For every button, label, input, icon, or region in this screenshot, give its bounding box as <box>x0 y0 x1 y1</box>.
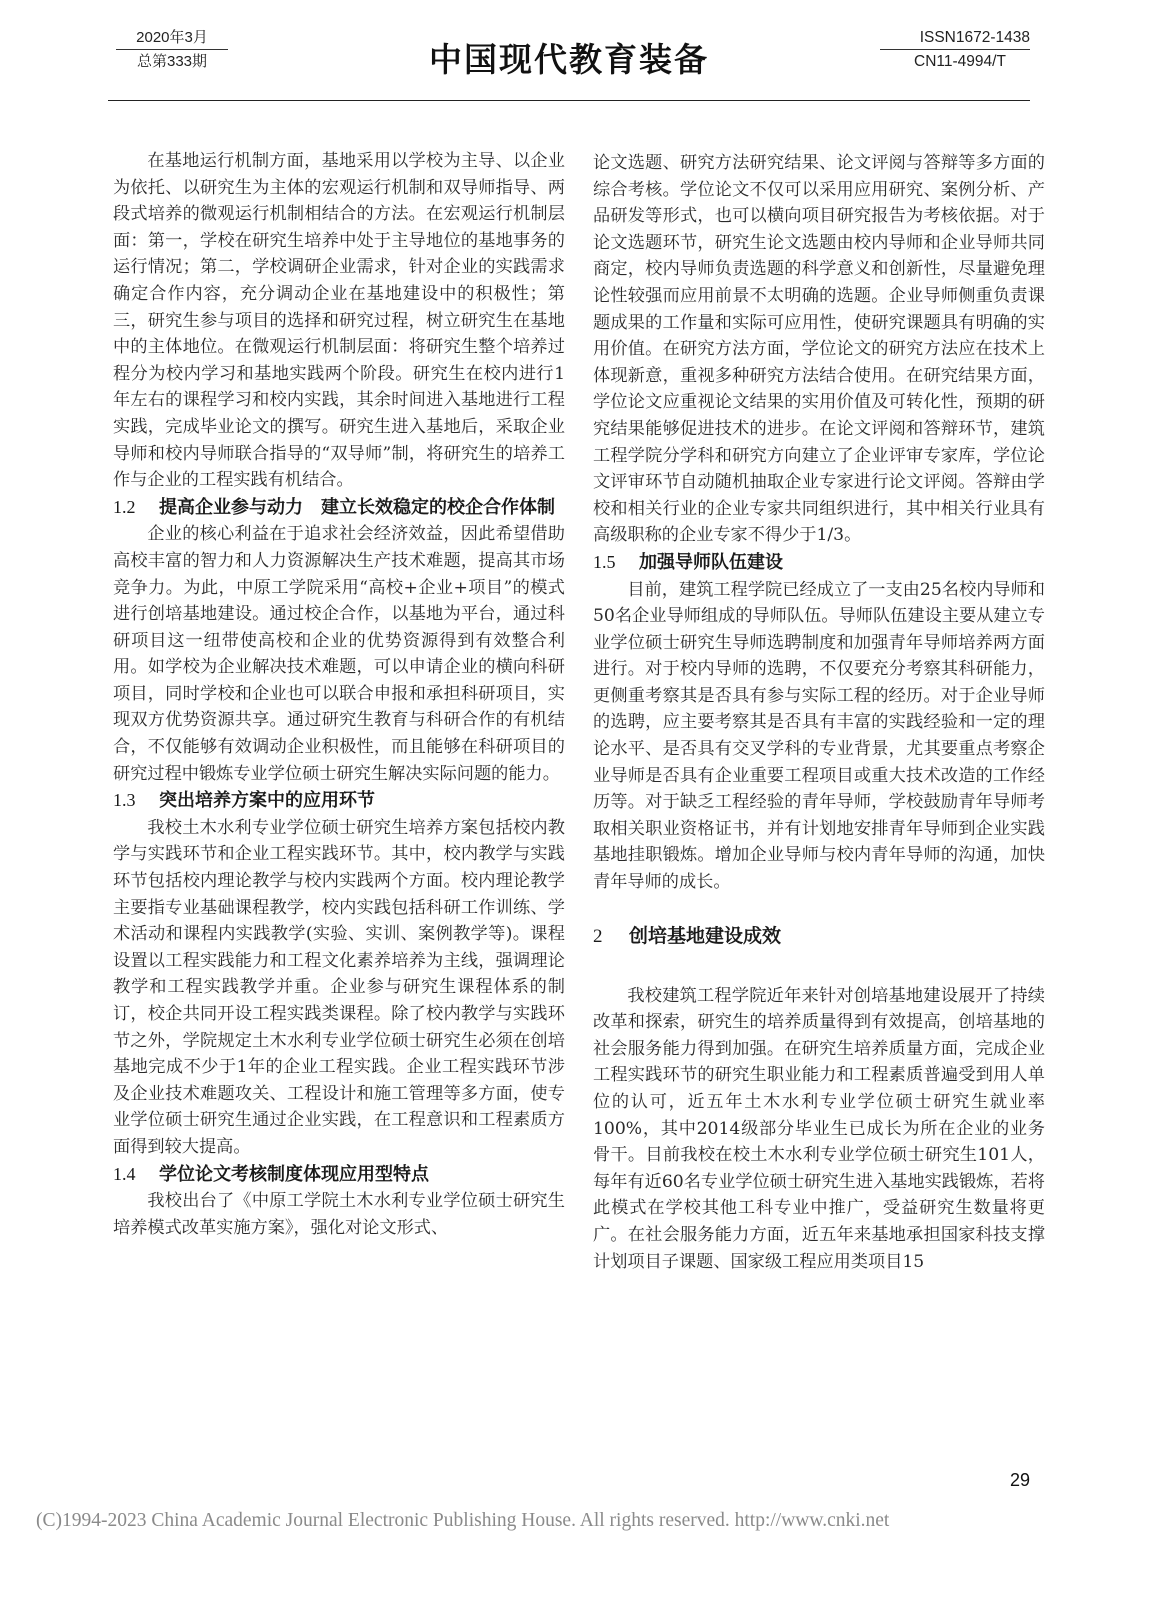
paragraph: 论文选题、研究方法研究结果、论文评阅与答辩等多方面的综合考核。学位论文不仅可以采… <box>593 150 1045 549</box>
paragraph: 目前，建筑工程学院已经成立了一支由25名校内导师和50名企业导师组成的导师队伍。… <box>593 577 1045 896</box>
left-column: 在基地运行机制方面，基地采用以学校为主导、以企业为依托、以研究生为主体的宏观运行… <box>113 148 565 1241</box>
journal-header: 2020年3月 总第333期 中国现代教育装备 ISSN1672-1438 CN… <box>108 28 1030 102</box>
cn-number: CN11-4994/T <box>880 50 1030 72</box>
section-number: 1.3 <box>113 787 159 814</box>
section-heading-1-3: 1.3突出培养方案中的应用环节 <box>113 787 565 815</box>
section-title: 加强导师队伍建设 <box>639 552 783 573</box>
section-number: 1.5 <box>593 549 639 576</box>
section-heading-2: 2创培基地建设成效 <box>593 922 1045 951</box>
right-column: 论文选题、研究方法研究结果、论文评阅与答辩等多方面的综合考核。学位论文不仅可以采… <box>593 150 1045 1275</box>
page-number: 29 <box>1010 1470 1030 1491</box>
copyright-footer: (C)1994-2023 China Academic Journal Elec… <box>36 1510 889 1532</box>
issn: ISSN1672-1438 <box>880 28 1030 50</box>
section-heading-1-5: 1.5加强导师队伍建设 <box>593 549 1045 577</box>
section-heading-1-2: 1.2提高企业参与动力 建立长效稳定的校企合作体制 <box>113 494 565 522</box>
paragraph: 在基地运行机制方面，基地采用以学校为主导、以企业为依托、以研究生为主体的宏观运行… <box>113 148 565 494</box>
paragraph: 我校建筑工程学院近年来针对创培基地建设展开了持续改革和探索，研究生的培养质量得到… <box>593 983 1045 1276</box>
paragraph: 企业的核心利益在于追求社会经济效益，因此希望借助高校丰富的智力和人力资源解决生产… <box>113 521 565 787</box>
section-heading-1-4: 1.4学位论文考核制度体现应用型特点 <box>113 1161 565 1189</box>
section-number: 1.4 <box>113 1161 159 1188</box>
header-divider <box>108 100 1030 101</box>
journal-codes: ISSN1672-1438 CN11-4994/T <box>880 28 1030 72</box>
section-title: 提高企业参与动力 建立长效稳定的校企合作体制 <box>159 497 555 518</box>
section-number: 2 <box>593 923 629 951</box>
section-title: 突出培养方案中的应用环节 <box>159 790 375 811</box>
section-number: 1.2 <box>113 494 159 521</box>
paragraph: 我校土木水利专业学位硕士研究生培养方案包括校内教学与实践环节和企业工程实践环节。… <box>113 815 565 1161</box>
paragraph: 我校出台了《中原工学院土木水利专业学位硕士研究生培养模式改革实施方案》，强化对论… <box>113 1188 565 1241</box>
section-title: 创培基地建设成效 <box>629 925 781 947</box>
section-title: 学位论文考核制度体现应用型特点 <box>159 1164 429 1185</box>
